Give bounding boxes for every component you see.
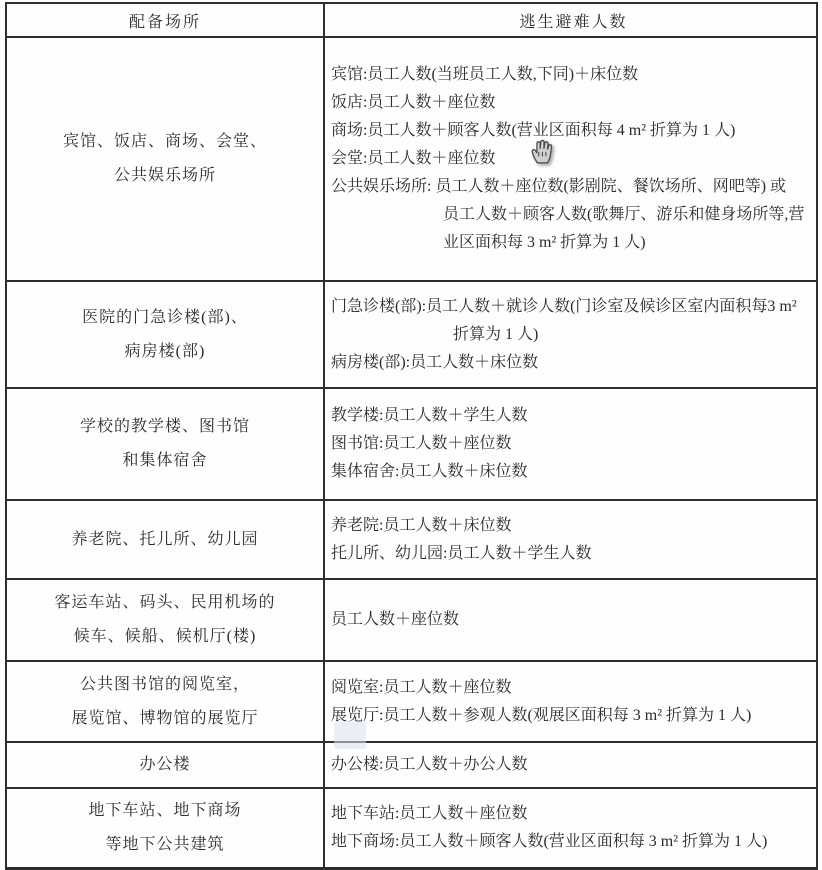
rule-line: 阅览室:员工人数＋座位数 — [331, 674, 816, 702]
rule-line: 员工人数＋顾客人数(歌舞厅、游乐和健身场所等,营 — [331, 201, 816, 229]
table-row: 医院的门急诊楼(部)、 病房楼(部) 门急诊楼(部):员工人数＋就诊人数(门诊室… — [7, 280, 816, 387]
table-row: 地下车站、地下商场 等地下公共建筑 地下车站:员工人数＋座位数 地下商场:员工人… — [7, 787, 816, 867]
place-line: 病房楼(部) — [125, 335, 206, 369]
table-row: 宾馆、饭店、商场、会堂、 公共娱乐场所 宾馆:员工人数(当班员工人数,下同)＋床… — [7, 36, 816, 280]
rule-line: 地下商场:员工人数＋顾客人数(营业区面积每 3 m² 折算为 1 人) — [331, 828, 816, 856]
rule-cell: 地下车站:员工人数＋座位数 地下商场:员工人数＋顾客人数(营业区面积每 3 m²… — [325, 789, 816, 867]
rule-line: 饭店:员工人数＋座位数 — [331, 89, 816, 117]
table-row: 办公楼 办公楼:员工人数＋办公人数 — [7, 741, 816, 787]
place-line: 医院的门急诊楼(部)、 — [82, 301, 248, 335]
place-line: 学校的教学楼、图书馆 — [80, 410, 250, 444]
rule-cell: 办公楼:员工人数＋办公人数 — [325, 743, 816, 787]
place-line: 展览馆、博物馆的展览厅 — [71, 702, 258, 736]
place-line: 办公楼 — [139, 748, 190, 782]
rule-cell: 教学楼:员工人数＋学生人数 图书馆:员工人数＋座位数 集体宿舍:员工人数＋床位数 — [325, 389, 816, 499]
rule-line: 业区面积每 3 m² 折算为 1 人) — [331, 229, 816, 257]
place-line: 候车、候船、候机厅(楼) — [74, 620, 257, 654]
rule-line: 公共娱乐场所: 员工人数＋座位数(影剧院、餐饮场所、网吧等) 或 — [331, 173, 816, 201]
rule-line: 员工人数＋座位数 — [331, 606, 816, 634]
rule-line: 集体宿舍:员工人数＋床位数 — [331, 458, 816, 486]
rule-line: 展览厅:员工人数＋参观人数(观展区面积每 3 m² 折算为 1 人) — [331, 702, 816, 730]
place-line: 养老院、托儿所、幼儿园 — [71, 523, 258, 557]
place-cell: 学校的教学楼、图书馆 和集体宿舍 — [7, 389, 325, 499]
place-cell: 地下车站、地下商场 等地下公共建筑 — [7, 789, 325, 867]
rule-line: 门急诊楼(部):员工人数＋就诊人数(门诊室及候诊区室内面积每3 m² — [331, 293, 816, 321]
rule-line: 商场:员工人数＋顾客人数(营业区面积每 4 m² 折算为 1 人) — [331, 117, 816, 145]
column-header-evacuee-count: 逃生避难人数 — [325, 4, 816, 36]
table-row: 学校的教学楼、图书馆 和集体宿舍 教学楼:员工人数＋学生人数 图书馆:员工人数＋… — [7, 387, 816, 499]
rule-line: 会堂:员工人数＋座位数 — [331, 145, 816, 173]
table-row: 客运车站、码头、民用机场的 候车、候船、候机厅(楼) 员工人数＋座位数 — [7, 578, 816, 660]
rule-line: 养老院:员工人数＋床位数 — [331, 512, 816, 540]
rule-line: 图书馆:员工人数＋座位数 — [331, 430, 816, 458]
place-cell: 客运车站、码头、民用机场的 候车、候船、候机厅(楼) — [7, 580, 325, 660]
rule-line: 办公楼:员工人数＋办公人数 — [331, 751, 816, 779]
place-line: 地下车站、地下商场 — [88, 794, 241, 828]
place-line: 公共娱乐场所 — [114, 159, 216, 193]
place-line: 等地下公共建筑 — [105, 828, 224, 862]
place-line: 和集体宿舍 — [122, 444, 207, 478]
table-row: 养老院、托儿所、幼儿园 养老院:员工人数＋床位数 托儿所、幼儿园:员工人数＋学生… — [7, 499, 816, 578]
place-cell: 公共图书馆的阅览室， 展览馆、博物馆的展览厅 — [7, 662, 325, 741]
rule-line: 地下车站:员工人数＋座位数 — [331, 800, 816, 828]
column-header-place: 配备场所 — [7, 4, 325, 36]
place-cell: 宾馆、饭店、商场、会堂、 公共娱乐场所 — [7, 38, 325, 280]
rule-line: 病房楼(部):员工人数＋床位数 — [331, 349, 816, 377]
place-cell: 养老院、托儿所、幼儿园 — [7, 501, 325, 578]
rule-cell: 员工人数＋座位数 — [325, 580, 816, 660]
rule-cell: 门急诊楼(部):员工人数＋就诊人数(门诊室及候诊区室内面积每3 m² 折算为 1… — [325, 282, 816, 387]
rule-line: 折算为 1 人) — [331, 321, 816, 349]
table-header-row: 配备场所 逃生避难人数 — [7, 4, 816, 36]
rule-line: 宾馆:员工人数(当班员工人数,下同)＋床位数 — [331, 61, 816, 89]
place-cell: 办公楼 — [7, 743, 325, 787]
evacuation-capacity-table: 配备场所 逃生避难人数 宾馆、饭店、商场、会堂、 公共娱乐场所 宾馆:员工人数(… — [5, 2, 818, 870]
rule-cell: 宾馆:员工人数(当班员工人数,下同)＋床位数 饭店:员工人数＋座位数 商场:员工… — [325, 38, 816, 280]
place-line: 公共图书馆的阅览室， — [80, 668, 250, 702]
rule-cell: 阅览室:员工人数＋座位数 展览厅:员工人数＋参观人数(观展区面积每 3 m² 折… — [325, 662, 816, 741]
rule-line: 教学楼:员工人数＋学生人数 — [331, 402, 816, 430]
place-cell: 医院的门急诊楼(部)、 病房楼(部) — [7, 282, 325, 387]
rule-cell: 养老院:员工人数＋床位数 托儿所、幼儿园:员工人数＋学生人数 — [325, 501, 816, 578]
rule-line: 托儿所、幼儿园:员工人数＋学生人数 — [331, 540, 816, 568]
place-line: 宾馆、饭店、商场、会堂、 — [63, 125, 267, 159]
table-row: 公共图书馆的阅览室， 展览馆、博物馆的展览厅 阅览室:员工人数＋座位数 展览厅:… — [7, 660, 816, 741]
place-line: 客运车站、码头、民用机场的 — [54, 586, 275, 620]
